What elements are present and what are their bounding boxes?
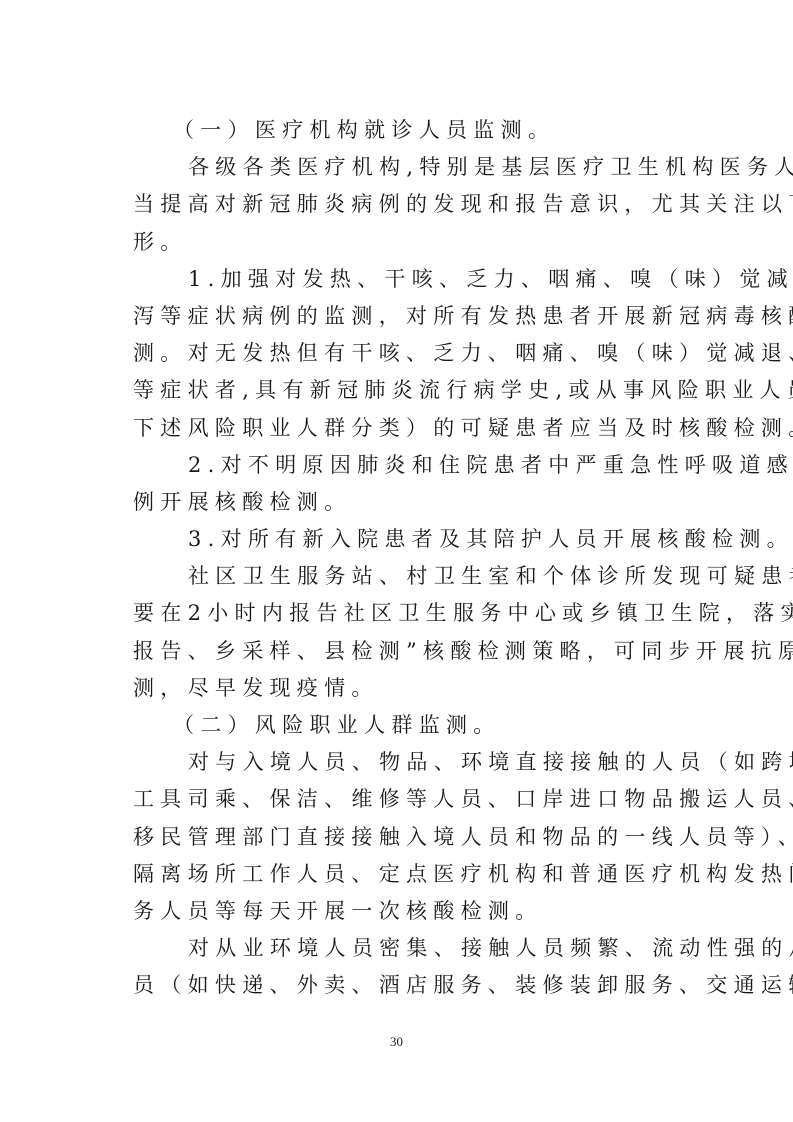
document-body: （一）医疗机构就诊人员监测。各级各类医疗机构,特别是基层医疗卫生机构医务人员应当… [133, 112, 685, 1005]
text-line: 员（如快递、外卖、酒店服务、装修装卸服务、交通运输服务、 [133, 967, 685, 1004]
text-line: 泻等症状病例的监测，对所有发热患者开展新冠病毒核酸检 [133, 298, 685, 335]
text-line: 3.对所有新入院患者及其陪护人员开展核酸检测。 [133, 521, 685, 558]
text-line: 等症状者,具有新冠肺炎流行病学史,或从事风险职业人员(见 [133, 372, 685, 409]
text-line: 移民管理部门直接接触入境人员和物品的一线人员等）、集中 [133, 819, 685, 856]
text-line: 各级各类医疗机构,特别是基层医疗卫生机构医务人员应 [133, 149, 685, 186]
text-line: 对从业环境人员密集、接触人员频繁、流动性强的从业人 [133, 930, 685, 967]
text-line: 1.加强对发热、干咳、乏力、咽痛、嗅（味）觉减退、腹 [133, 261, 685, 298]
text-line: 工具司乘、保洁、维修等人员、口岸进口物品搬运人员、海关、 [133, 781, 685, 818]
text-line: 要在2小时内报告社区卫生服务中心或乡镇卫生院，落实“村 [133, 595, 685, 632]
text-line: 下述风险职业人群分类）的可疑患者应当及时核酸检测。 [133, 410, 685, 447]
text-line: 2.对不明原因肺炎和住院患者中严重急性呼吸道感染病 [133, 447, 685, 484]
text-line: 测，尽早发现疫情。 [133, 670, 685, 707]
text-line: 隔离场所工作人员、定点医疗机构和普通医疗机构发热门诊医 [133, 856, 685, 893]
document-page: （一）医疗机构就诊人员监测。各级各类医疗机构,特别是基层医疗卫生机构医务人员应当… [0, 0, 793, 1122]
page-number: 30 [0, 1034, 793, 1050]
text-line: 测。对无发热但有干咳、乏力、咽痛、嗅（味）觉减退、腹泻 [133, 335, 685, 372]
section-heading: （二）风险职业人群监测。 [133, 707, 685, 744]
text-line: 例开展核酸检测。 [133, 484, 685, 521]
text-line: 当提高对新冠肺炎病例的发现和报告意识，尤其关注以下情 [133, 186, 685, 223]
text-line: 报告、乡采样、县检测”核酸检测策略，可同步开展抗原检 [133, 633, 685, 670]
section-heading: （一）医疗机构就诊人员监测。 [133, 112, 685, 149]
text-line: 形。 [133, 224, 685, 261]
text-line: 对与入境人员、物品、环境直接接触的人员（如跨境交通 [133, 744, 685, 781]
text-line: 社区卫生服务站、村卫生室和个体诊所发现可疑患者后， [133, 558, 685, 595]
text-line: 务人员等每天开展一次核酸检测。 [133, 893, 685, 930]
